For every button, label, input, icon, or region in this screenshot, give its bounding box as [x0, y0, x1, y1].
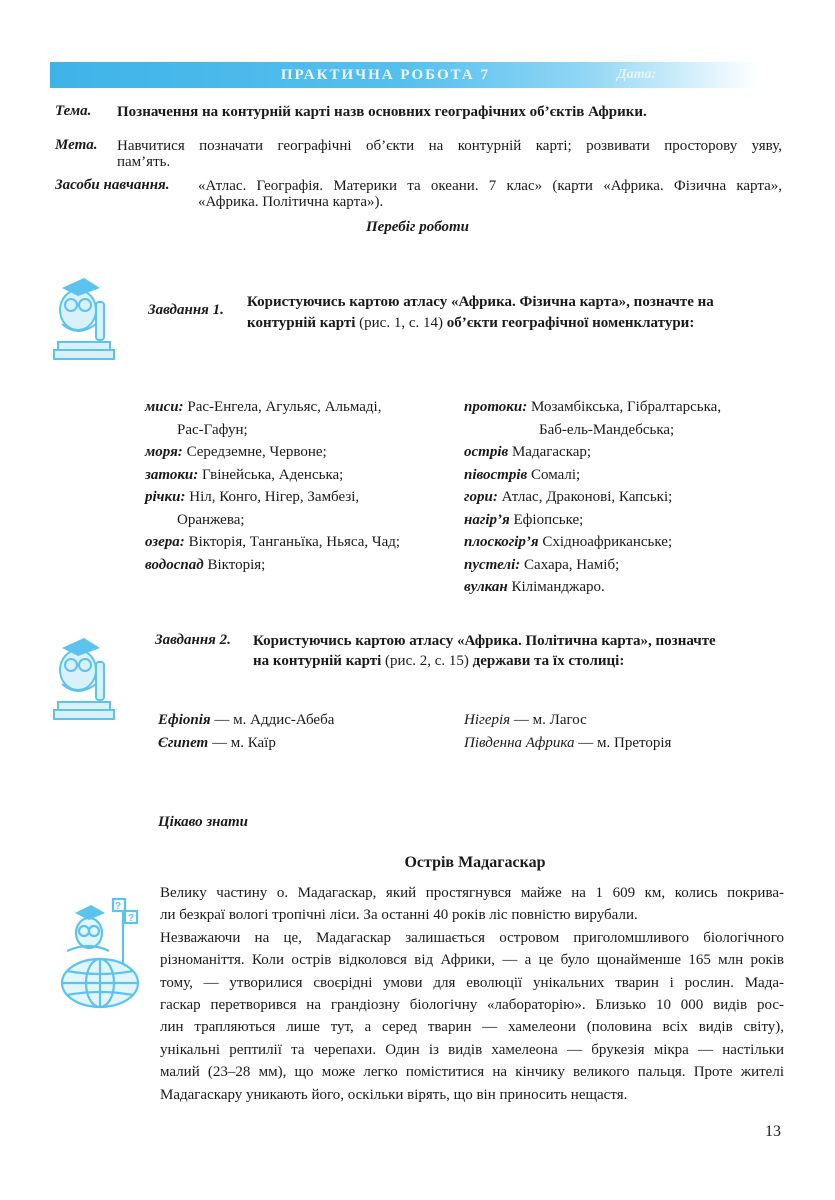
nomenclature-term: річки:	[145, 489, 185, 505]
nomenclature-term: острів	[464, 444, 508, 460]
nomenclature-values: Ніл, Конго, Нігер, Замбезі,	[185, 489, 359, 505]
nomenclature-item: вулкан Кіліманджаро.	[464, 576, 721, 599]
country-item: Ефіопія — м. Аддис-Абеба	[158, 709, 334, 732]
task2-label: Завдання 2.	[155, 632, 231, 649]
nomenclature-values: Мозамбікська, Гібралтарська,	[527, 399, 721, 415]
task2-line2-a: на контурній карті	[253, 653, 385, 669]
nomenclature-values: Середземне, Червоне;	[183, 444, 327, 460]
nomenclature-item: острів Мадагаскар;	[464, 441, 721, 464]
country-name: Південна Африка	[464, 735, 575, 751]
nomenclature-values: Атлас, Драконові, Капські;	[498, 489, 672, 505]
capital-name: — м. Каїр	[208, 735, 276, 751]
nomenclature-item: затоки: Гвінейська, Аденська;	[145, 464, 400, 487]
fact-line: Незважаючи на це, Мадагаскар залишається…	[160, 927, 784, 949]
nomenclature-term: нагір’я	[464, 512, 510, 528]
nomenclature-term: миси:	[145, 399, 184, 415]
owl-globe-icon: ? ?	[55, 893, 150, 1011]
nomenclature-term: протоки:	[464, 399, 527, 415]
country-name: Ефіопія	[158, 712, 211, 728]
task1-line2-ref: (рис. 1, с. 14)	[359, 315, 447, 331]
nomenclature-list-right: протоки: Мозамбікська, Гібралтарська,Баб…	[464, 396, 721, 599]
nomenclature-item: річки: Ніл, Конго, Нігер, Замбезі,	[145, 486, 400, 509]
task1-line2-a: контурній карті	[247, 315, 359, 331]
task2-line2-ref: (рис. 2, с. 15)	[385, 653, 473, 669]
fact-line: унікальні рептилії та черепахи. Один із …	[160, 1039, 784, 1061]
owl-books-icon	[48, 272, 128, 367]
nomenclature-term: півострів	[464, 467, 527, 483]
task1-line-1: Користуючись картою атласу «Африка. Фізи…	[247, 293, 714, 311]
topic-text: Позначення на контурній карті назв основ…	[117, 103, 647, 121]
means-line-2: «Африка. Політична карта»).	[198, 193, 383, 211]
fact-line: різноманіття. Коли острів відколовся від…	[160, 949, 784, 971]
nomenclature-item: водоспад Вікторія;	[145, 554, 400, 577]
fact-line: лин трапляються лише тут, а серед тварин…	[160, 1016, 784, 1038]
nomenclature-item: протоки: Мозамбікська, Гібралтарська,	[464, 396, 721, 419]
nomenclature-item: нагір’я Ефіопське;	[464, 509, 721, 532]
fact-line: тому, — утворилися своєрідні умови для е…	[160, 972, 784, 994]
svg-text:?: ?	[128, 913, 134, 924]
nomenclature-values: Вікторія;	[204, 557, 266, 573]
nomenclature-item: пустелі: Сахара, Наміб;	[464, 554, 721, 577]
task2-line-2: на контурній карті (рис. 2, с. 15) держа…	[253, 652, 624, 670]
capital-name: — м. Лагос	[510, 712, 587, 728]
fact-line: малий (23–28 мм), що може легко помістит…	[160, 1061, 784, 1083]
nomenclature-values: Рас-Гафун;	[177, 422, 248, 438]
nomenclature-term: озера:	[145, 534, 185, 550]
means-label: Засоби навчання.	[55, 177, 170, 194]
practical-work-title: ПРАКТИЧНА РОБОТА 7	[50, 62, 490, 88]
fact-line: Мадагаскару уникають його, оскільки віря…	[160, 1084, 784, 1106]
country-item: Південна Африка — м. Преторія	[464, 732, 671, 755]
nomenclature-term: вулкан	[464, 579, 508, 595]
task1-line-2: контурній карті (рис. 1, с. 14) об’єкти …	[247, 314, 694, 332]
nomenclature-values: Рас-Енгела, Агульяс, Альмаді,	[184, 399, 382, 415]
nomenclature-term: пустелі:	[464, 557, 520, 573]
nomenclature-term: затоки:	[145, 467, 198, 483]
capital-name: — м. Преторія	[575, 735, 672, 751]
capital-name: — м. Аддис-Абеба	[211, 712, 335, 728]
topic-label: Тема.	[55, 103, 91, 120]
nomenclature-values: Мадагаскар;	[508, 444, 591, 460]
nomenclature-item: Баб-ель-Мандебська;	[464, 419, 721, 442]
fact-line: Велику частину о. Мадагаскар, який прост…	[160, 882, 784, 904]
nomenclature-values: Оранжева;	[177, 512, 245, 528]
task2-line2-c: держави та їх столиці:	[473, 653, 625, 669]
nomenclature-item: гори: Атлас, Драконові, Капські;	[464, 486, 721, 509]
task2-line-1: Користуючись картою атласу «Африка. Полі…	[253, 632, 716, 650]
date-label: Дата:	[617, 62, 656, 88]
nomenclature-item: моря: Середземне, Червоне;	[145, 441, 400, 464]
goal-line-2: пам’ять.	[117, 153, 170, 171]
nomenclature-values: Кіліманджаро.	[508, 579, 605, 595]
nomenclature-item: Оранжева;	[145, 509, 400, 532]
country-name: Єгипет	[158, 735, 208, 751]
owl-books-icon	[48, 632, 128, 727]
nomenclature-term: плоскогір’я	[464, 534, 539, 550]
nomenclature-values: Сахара, Наміб;	[520, 557, 619, 573]
goal-label: Мета.	[55, 137, 98, 154]
country-item: Нігерія — м. Лагос	[464, 709, 587, 732]
fact-label: Цікаво знати	[158, 814, 248, 831]
nomenclature-item: плоскогір’я Східноафриканське;	[464, 531, 721, 554]
page-number: 13	[765, 1123, 781, 1141]
nomenclature-item: озера: Вікторія, Танганьїка, Ньяса, Чад;	[145, 531, 400, 554]
task1-label: Завдання 1.	[148, 302, 224, 319]
goal-line-1: Навчитися позначати географічні об’єкти …	[117, 137, 782, 155]
nomenclature-term: гори:	[464, 489, 498, 505]
country-name: Нігерія	[464, 712, 510, 728]
nomenclature-item: миси: Рас-Енгела, Агульяс, Альмаді,	[145, 396, 400, 419]
fact-title: Острів Мадагаскар	[160, 854, 790, 872]
fact-paragraph: Велику частину о. Мадагаскар, який прост…	[160, 882, 784, 1106]
header-bar: ПРАКТИЧНА РОБОТА 7 Дата:	[50, 62, 760, 88]
nomenclature-item: Рас-Гафун;	[145, 419, 400, 442]
fact-line: ли безкраї вологі тропічні ліси. За оста…	[160, 904, 784, 926]
nomenclature-list-left: миси: Рас-Енгела, Агульяс, Альмаді,Рас-Г…	[145, 396, 400, 576]
nomenclature-term: водоспад	[145, 557, 204, 573]
svg-text:?: ?	[115, 901, 121, 912]
nomenclature-values: Гвінейська, Аденська;	[198, 467, 343, 483]
nomenclature-term: моря:	[145, 444, 183, 460]
nomenclature-values: Східноафриканське;	[539, 534, 672, 550]
nomenclature-values: Вікторія, Танганьїка, Ньяса, Чад;	[185, 534, 400, 550]
fact-line: гаскар перетворився на грандіозну біолог…	[160, 994, 784, 1016]
nomenclature-item: півострів Сомалі;	[464, 464, 721, 487]
task1-line2-c: об’єкти географічної номенклатури:	[447, 315, 695, 331]
country-item: Єгипет — м. Каїр	[158, 732, 276, 755]
nomenclature-values: Сомалі;	[527, 467, 580, 483]
progress-heading: Перебіг роботи	[0, 219, 835, 236]
nomenclature-values: Баб-ель-Мандебська;	[539, 422, 674, 438]
nomenclature-values: Ефіопське;	[510, 512, 584, 528]
